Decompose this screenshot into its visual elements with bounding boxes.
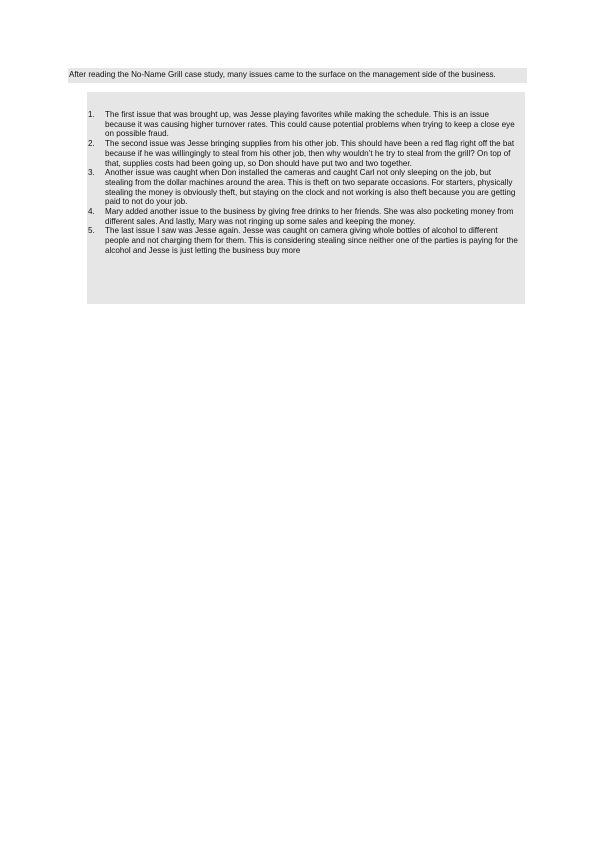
list-number: 5. — [88, 226, 95, 236]
list-item-text: The first issue that was brought up, was… — [105, 110, 515, 138]
list-item: 2. The second issue was Jesse bringing s… — [87, 139, 525, 168]
list-number: 1. — [88, 110, 95, 120]
list-item: 3. Another issue was caught when Don ins… — [87, 168, 525, 207]
list-item: 4. Mary added another issue to the busin… — [87, 207, 525, 226]
list-item: 1. The first issue that was brought up, … — [87, 110, 525, 139]
list-number: 3. — [88, 168, 95, 178]
list-item-text: The second issue was Jesse bringing supp… — [105, 139, 514, 167]
list-number: 4. — [88, 207, 95, 217]
list-item-text: Mary added another issue to the business… — [105, 207, 514, 226]
list-number: 2. — [88, 139, 95, 149]
issues-list: 1. The first issue that was brought up, … — [87, 110, 525, 256]
list-item-text: The last issue I saw was Jesse again. Je… — [105, 226, 518, 254]
intro-paragraph: After reading the No-Name Grill case stu… — [68, 68, 527, 83]
issues-list-block: 1. The first issue that was brought up, … — [87, 92, 525, 304]
list-item-text: Another issue was caught when Don instal… — [105, 168, 515, 206]
list-item: 5. The last issue I saw was Jesse again.… — [87, 226, 525, 255]
